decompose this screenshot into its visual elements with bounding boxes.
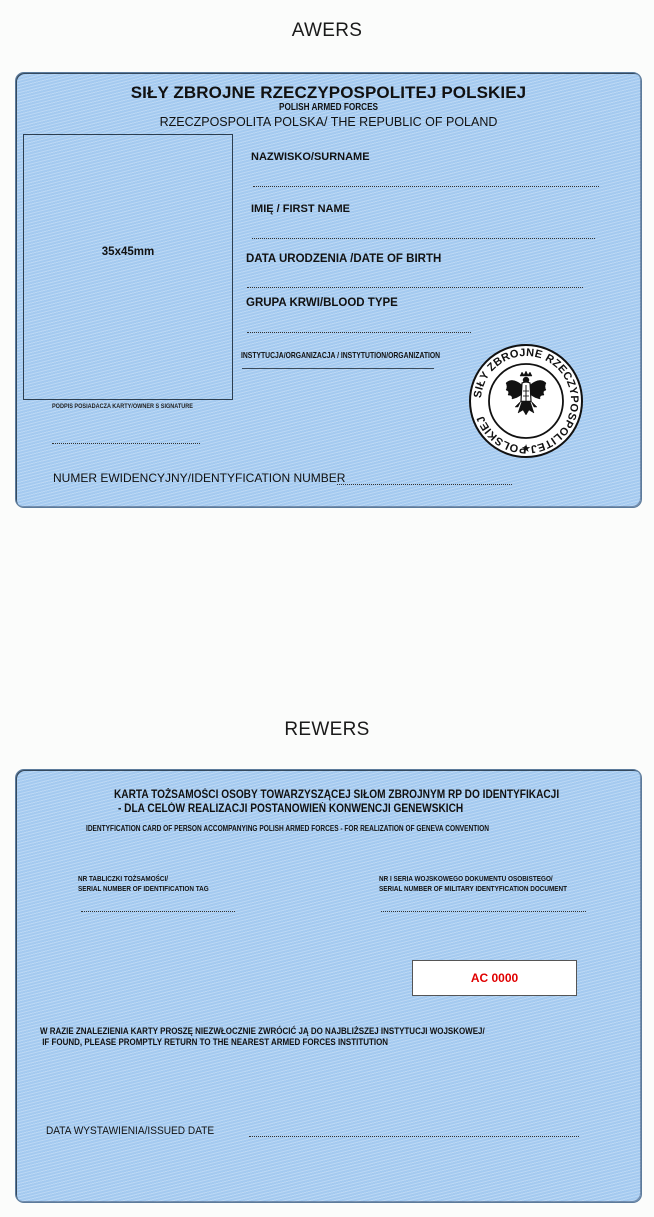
return-notice-en: IF FOUND, PLEASE PROMPTLY RETURN TO THE … — [40, 1037, 485, 1048]
military-doc-label-pl: NR I SERIA WOJSKOWEGO DOKUMENTU OSOBISTE… — [379, 874, 567, 884]
blood-type-field[interactable] — [247, 332, 471, 333]
id-card-back: KARTA TOŻSAMOŚCI OSOBY TOWARZYSZĄCEJ SIŁ… — [15, 769, 642, 1203]
return-notice-pl: W RAZIE ZNALEZIENIA KARTY PROSZĘ NIEZWŁO… — [40, 1026, 485, 1037]
first-name-field[interactable] — [252, 238, 595, 239]
institution-field[interactable] — [242, 368, 434, 369]
military-doc-field[interactable] — [381, 911, 586, 912]
dob-field[interactable] — [247, 287, 583, 288]
card-country: RZECZPOSPOLITA POLSKA/ THE REPUBLIC OF P… — [16, 115, 641, 129]
signature-field[interactable] — [52, 443, 200, 444]
dob-label: DATA URODZENIA /DATE OF BIRTH — [246, 253, 441, 265]
front-side-label: AWERS — [0, 20, 654, 42]
card-title: SIŁY ZBROJNE RZECZYPOSPOLITEJ POLSKIEJ — [16, 83, 641, 103]
card-serial-number: AC 0000 — [471, 971, 518, 985]
id-number-label: NUMER EWIDENCYJNY/IDENTYFICATION NUMBER — [53, 471, 345, 485]
id-card-front: SIŁY ZBROJNE RZECZYPOSPOLITEJ POLSKIEJ P… — [15, 72, 642, 508]
back-side-label: REWERS — [0, 719, 654, 741]
military-seal: SIŁY ZBROJNE RZECZYPOSPOLITEJ POLSKIEJ ★ — [468, 343, 584, 459]
card-subtitle: POLISH ARMED FORCES — [72, 102, 585, 113]
military-doc-label-en: SERIAL NUMBER OF MILITARY IDENTYFICATION… — [379, 884, 567, 894]
surname-field[interactable] — [253, 186, 599, 187]
tag-label-pl: NR TABLICZKI TOŻSAMOŚCI/ — [78, 874, 209, 884]
issued-date-label: DATA WYSTAWIENIA/ISSUED DATE — [46, 1125, 214, 1137]
back-title-english: IDENTYFICATION CARD OF PERSON ACCOMPANYI… — [86, 824, 489, 833]
card-serial-box: AC 0000 — [412, 960, 577, 996]
signature-label: PODPIS POSIADACZA KARTY/OWNER S SIGNATUR… — [52, 403, 193, 410]
issued-date-field[interactable] — [249, 1136, 579, 1137]
institution-label: INSTYTUCJA/ORGANIZACJA / INSTYTUTION/ORG… — [241, 350, 440, 360]
tag-label-en: SERIAL NUMBER OF IDENTIFICATION TAG — [78, 884, 209, 894]
blood-type-label: GRUPA KRWI/BLOOD TYPE — [246, 297, 398, 309]
surname-label: NAZWISKO/SURNAME — [251, 151, 370, 163]
back-title-line1: KARTA TOŻSAMOŚCI OSOBY TOWARZYSZĄCEJ SIŁ… — [114, 789, 559, 801]
photo-size-label: 35x45mm — [24, 246, 232, 258]
star-icon: ★ — [521, 443, 531, 455]
tag-number-field[interactable] — [81, 911, 235, 912]
id-number-field[interactable] — [337, 484, 512, 485]
first-name-label: IMIĘ / FIRST NAME — [251, 203, 350, 215]
photo-placeholder: 35x45mm — [23, 134, 233, 400]
back-title-line2: - DLA CELÓW REALIZACJI POSTANOWIEŃ KONWE… — [118, 803, 463, 815]
